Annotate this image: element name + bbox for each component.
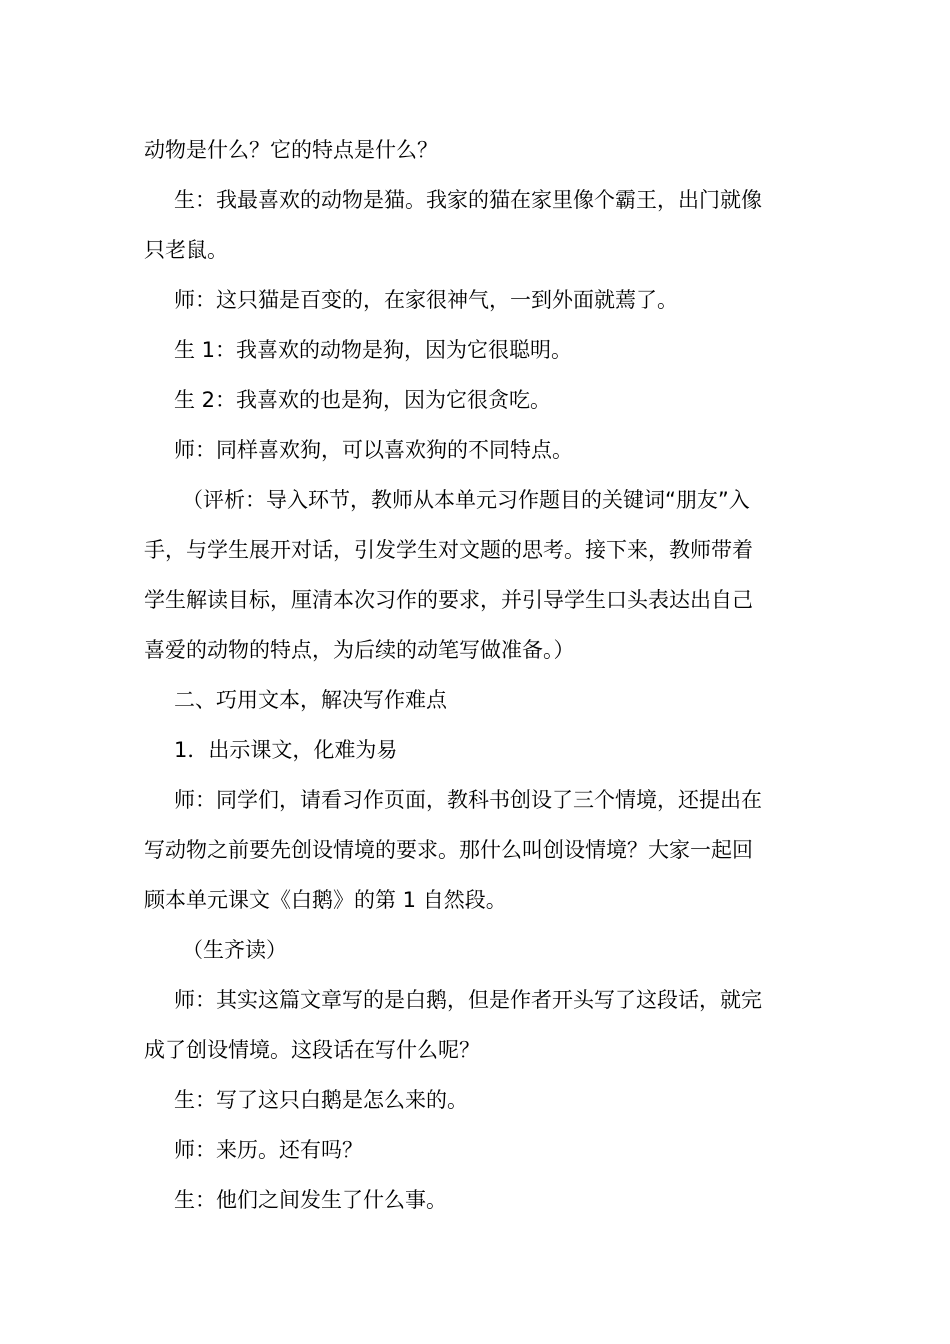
section-heading: 二、巧用文本，解决写作难点 (144, 675, 808, 725)
text-line: 写动物之前要先创设情境的要求。那什么叫创设情境？大家一起回 (144, 825, 808, 875)
dialogue-line: 生：他们之间发生了什么事。 (144, 1175, 808, 1225)
dialogue-line: 师：来历。还有吗？ (144, 1125, 808, 1175)
dialogue-line: 生 1：我喜欢的动物是狗，因为它很聪明。 (144, 325, 808, 375)
dialogue-line: 师：同样喜欢狗，可以喜欢狗的不同特点。 (144, 425, 808, 475)
subsection-heading: 1．出示课文，化难为易 (144, 725, 808, 775)
dialogue-line: 生：写了这只白鹅是怎么来的。 (144, 1075, 808, 1125)
commentary-line: 手，与学生展开对话，引发学生对文题的思考。接下来，教师带着 (144, 525, 808, 575)
dialogue-line: 师：其实这篇文章写的是白鹅，但是作者开头写了这段话，就完 (144, 975, 808, 1025)
commentary-line: 学生解读目标，厘清本次习作的要求，并引导学生口头表达出自己 (144, 575, 808, 625)
dialogue-line: 生：我最喜欢的动物是猫。我家的猫在家里像个霸王，出门就像 (144, 175, 808, 225)
text-line: 成了创设情境。这段话在写什么呢？ (144, 1025, 808, 1075)
stage-direction: （生齐读） (144, 925, 808, 975)
commentary-line: （评析：导入环节，教师从本单元习作题目的关键词“朋友”入 (144, 475, 808, 525)
dialogue-line: 师：这只猫是百变的，在家很神气，一到外面就蔫了。 (144, 275, 808, 325)
text-line: 只老鼠。 (144, 225, 808, 275)
text-line: 顾本单元课文《白鹅》的第 1 自然段。 (144, 875, 808, 925)
commentary-line: 喜爱的动物的特点，为后续的动笔写做准备。） (144, 625, 808, 675)
dialogue-line: 生 2：我喜欢的也是狗，因为它很贪吃。 (144, 375, 808, 425)
document-page: 动物是什么？它的特点是什么？ 生：我最喜欢的动物是猫。我家的猫在家里像个霸王，出… (144, 125, 808, 1225)
dialogue-line: 师：同学们，请看习作页面，教科书创设了三个情境，还提出在 (144, 775, 808, 825)
text-line: 动物是什么？它的特点是什么？ (144, 125, 808, 175)
